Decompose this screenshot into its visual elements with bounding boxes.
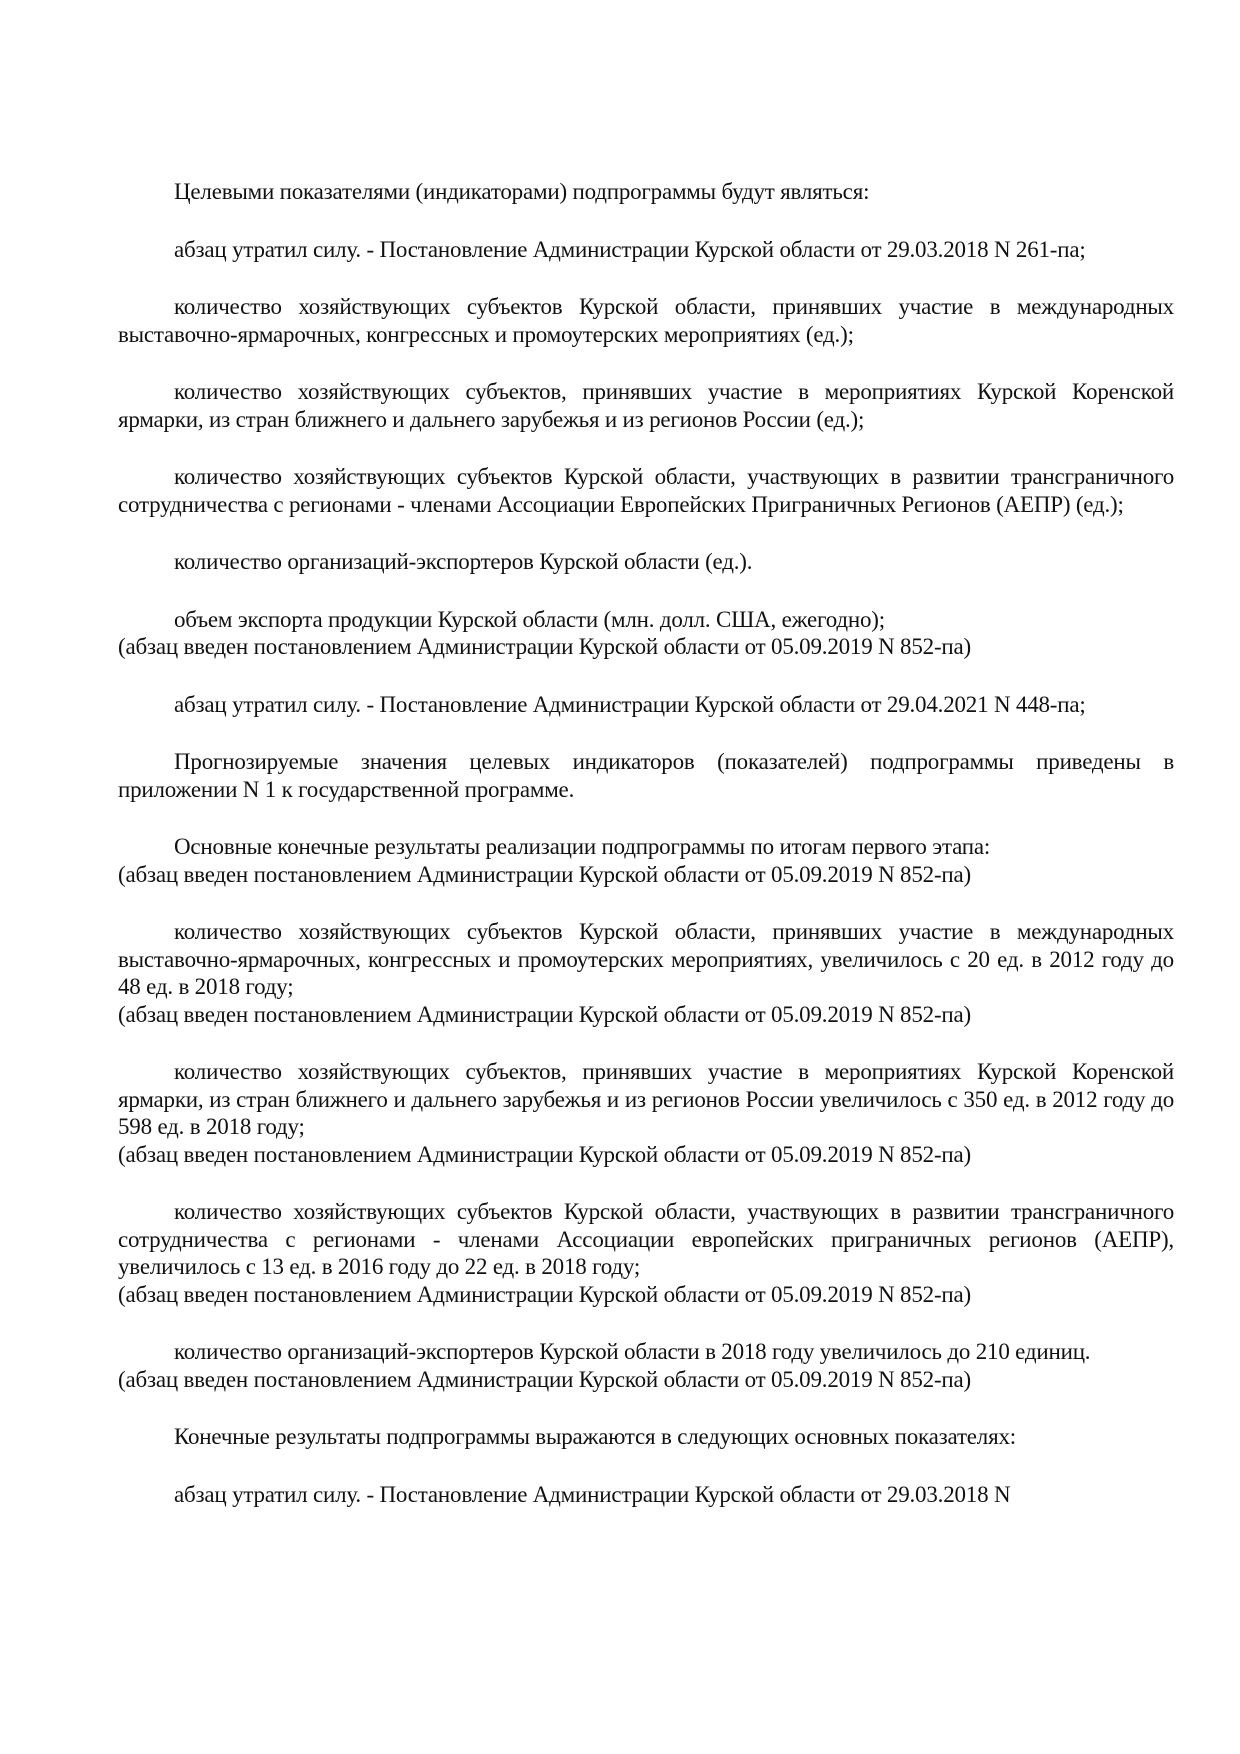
paragraph-indicator-intl-events: количество хозяйствующих субъектов Курск…: [118, 293, 1174, 348]
paragraph-text: Прогнозируемые значения целевых индикато…: [118, 749, 1174, 802]
amendment-note: (абзац введен постановлением Администрац…: [118, 1141, 1174, 1169]
paragraph-result-aebr: количество хозяйствующих субъектов Курск…: [118, 1198, 1174, 1308]
paragraph-text: количество хозяйствующих субъектов, прин…: [118, 1059, 1174, 1139]
paragraph-indicator-aebr: количество хозяйствующих субъектов Курск…: [118, 463, 1174, 518]
amendment-note: (абзац введен постановлением Администрац…: [118, 861, 1174, 889]
paragraph-indicator-export-volume: объем экспорта продукции Курской области…: [118, 606, 1174, 661]
document-page: Целевыми показателями (индикаторами) под…: [118, 178, 1174, 1538]
paragraph-results-first-stage: Основные конечные результаты реализации …: [118, 833, 1174, 888]
paragraph-text: Основные конечные результаты реализации …: [174, 834, 990, 859]
paragraph-text: абзац утратил силу. - Постановление Адми…: [174, 1482, 1010, 1507]
paragraph-result-intl-events: количество хозяйствующих субъектов Курск…: [118, 918, 1174, 1028]
paragraph-forecast: Прогнозируемые значения целевых индикато…: [118, 748, 1174, 803]
paragraph-text: Целевыми показателями (индикаторами) под…: [174, 179, 869, 204]
paragraph-result-korennaya-fair: количество хозяйствующих субъектов, прин…: [118, 1058, 1174, 1168]
paragraph-text: количество организаций-экспортеров Курск…: [174, 549, 752, 574]
paragraph-repealed-3: абзац утратил силу. - Постановление Адми…: [118, 1481, 1174, 1509]
amendment-note: (абзац введен постановлением Администрац…: [118, 1366, 1174, 1394]
paragraph-final-results: Конечные результаты подпрограммы выражаю…: [118, 1423, 1174, 1451]
paragraph-text: количество организаций-экспортеров Курск…: [174, 1339, 1090, 1364]
amendment-note: (абзац введен постановлением Администрац…: [118, 633, 1174, 661]
paragraph-text: количество хозяйствующих субъектов Курск…: [118, 1199, 1174, 1279]
amendment-note: (абзац введен постановлением Администрац…: [118, 1281, 1174, 1309]
paragraph-text: абзац утратил силу. - Постановление Адми…: [174, 692, 1086, 717]
paragraph-repealed-1: абзац утратил силу. - Постановление Адми…: [118, 236, 1174, 264]
paragraph-text: количество хозяйствующих субъектов Курск…: [118, 464, 1174, 517]
paragraph-text: количество хозяйствующих субъектов Курск…: [118, 919, 1174, 999]
amendment-note: (абзац введен постановлением Администрац…: [118, 1001, 1174, 1029]
paragraph-text: количество хозяйствующих субъектов, прин…: [118, 379, 1174, 432]
paragraph-intro: Целевыми показателями (индикаторами) под…: [118, 178, 1174, 206]
paragraph-text: Конечные результаты подпрограммы выражаю…: [174, 1424, 1016, 1449]
paragraph-text: количество хозяйствующих субъектов Курск…: [118, 294, 1174, 347]
paragraph-indicator-exporters: количество организаций-экспортеров Курск…: [118, 548, 1174, 576]
paragraph-text: абзац утратил силу. - Постановление Адми…: [174, 237, 1086, 262]
paragraph-indicator-korennaya-fair: количество хозяйствующих субъектов, прин…: [118, 378, 1174, 433]
paragraph-repealed-2: абзац утратил силу. - Постановление Адми…: [118, 691, 1174, 719]
paragraph-text: объем экспорта продукции Курской области…: [174, 607, 885, 632]
paragraph-result-exporters: количество организаций-экспортеров Курск…: [118, 1338, 1174, 1393]
